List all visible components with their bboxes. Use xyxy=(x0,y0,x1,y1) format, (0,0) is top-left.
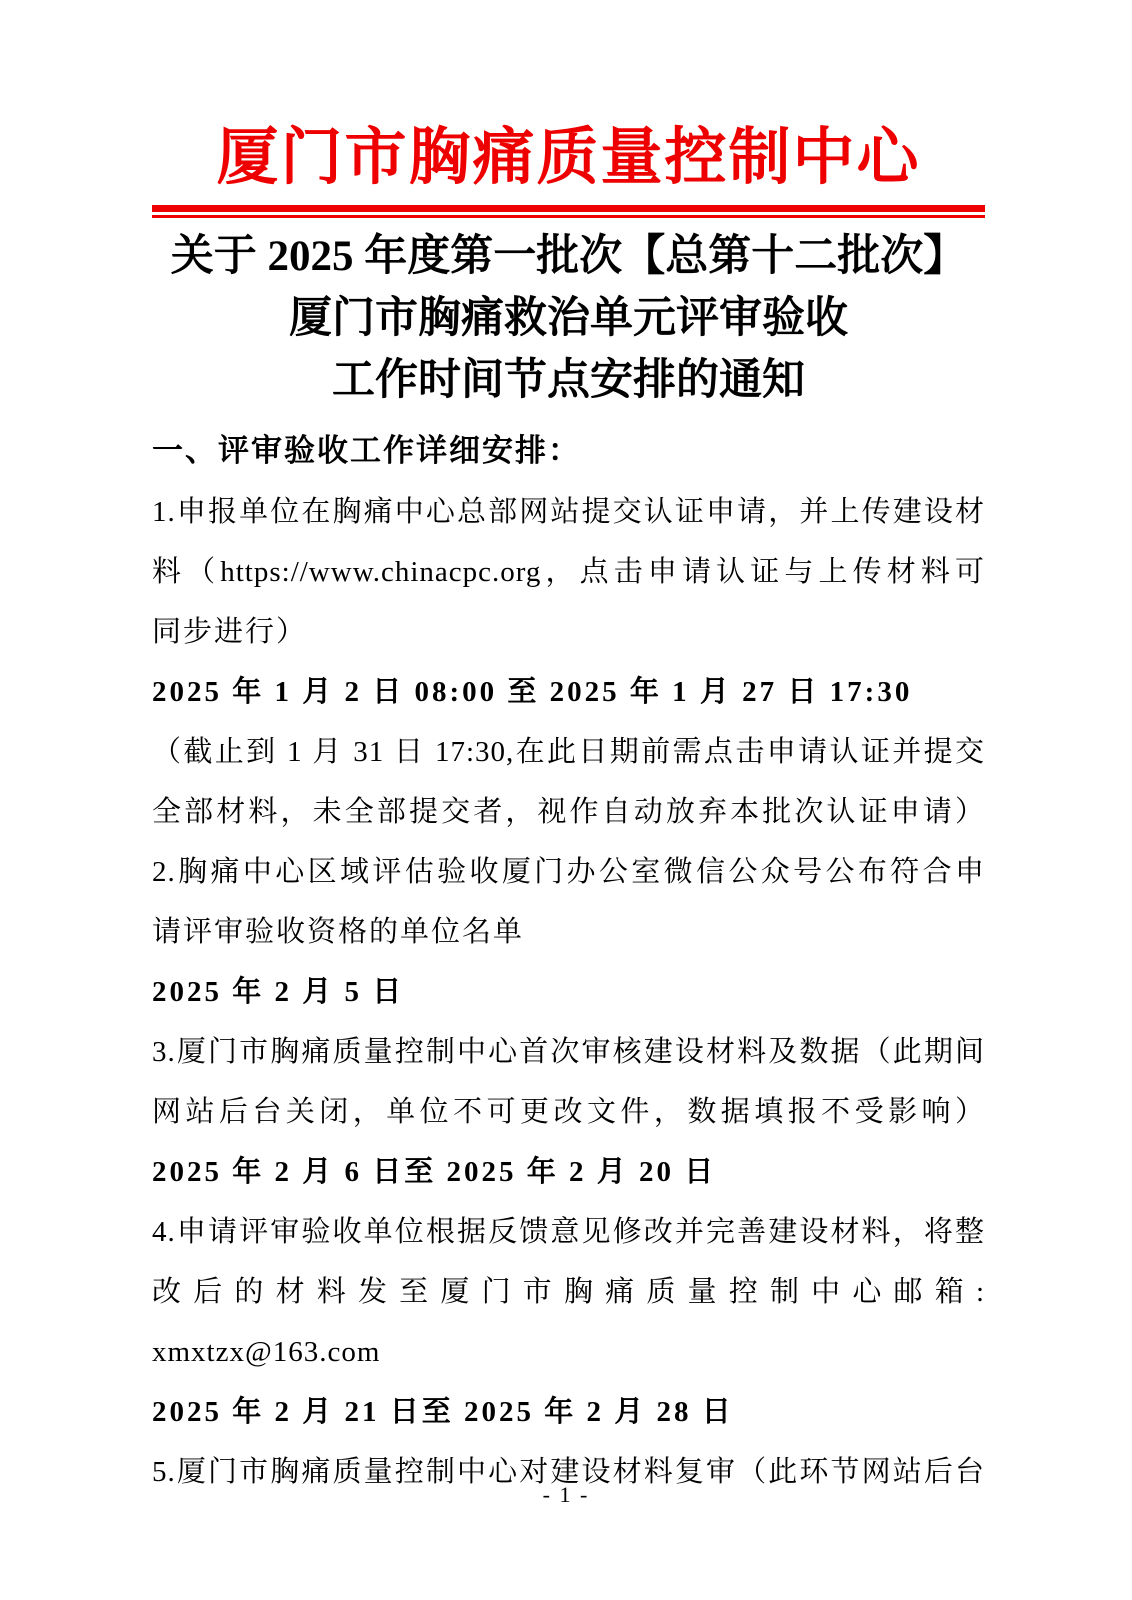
org-letterhead-title: 厦门市胸痛质量控制中心 xyxy=(152,118,985,198)
body-line: 1.申报单位在胸痛中心总部网站提交认证申请，并上传建设材 xyxy=(152,482,985,542)
body-line: 2025 年 2 月 5 日 xyxy=(152,962,985,1022)
body-line: 2025 年 1 月 2 日 08:00 至 2025 年 1 月 27 日 1… xyxy=(152,662,985,722)
doc-title-line: 厦门市胸痛救治单元评审验收 xyxy=(152,288,985,350)
body-line: 改后的材料发至厦门市胸痛质量控制中心邮箱: xmxtzx@163.com xyxy=(152,1262,985,1382)
body-line: 全部材料，未全部提交者，视作自动放弃本批次认证申请） xyxy=(152,782,985,842)
body-line: 料（https://www.chinacpc.org，点击申请认证与上传材料可 xyxy=(152,542,985,602)
body-line: 网站后台关闭，单位不可更改文件，数据填报不受影响） xyxy=(152,1082,985,1142)
body-line: 2.胸痛中心区域评估验收厦门办公室微信公众号公布符合申 xyxy=(152,842,985,902)
doc-title-line: 关于 2025 年度第一批次【总第十二批次】 xyxy=(152,226,985,288)
red-double-rule xyxy=(152,205,985,218)
document-page: 厦门市胸痛质量控制中心 关于 2025 年度第一批次【总第十二批次】厦门市胸痛救… xyxy=(0,0,1132,1600)
body-text: 1.申报单位在胸痛中心总部网站提交认证申请，并上传建设材料（https://ww… xyxy=(152,482,985,1502)
body-line: 同步进行） xyxy=(152,602,985,662)
doc-title-line: 工作时间节点安排的通知 xyxy=(152,350,985,412)
body-line: 2025 年 2 月 21 日至 2025 年 2 月 28 日 xyxy=(152,1382,985,1442)
body-line: （截止到 1 月 31 日 17:30,在此日期前需点击申请认证并提交 xyxy=(152,722,985,782)
body-line: 请评审验收资格的单位名单 xyxy=(152,902,985,962)
doc-title: 关于 2025 年度第一批次【总第十二批次】厦门市胸痛救治单元评审验收工作时间节… xyxy=(152,226,985,412)
section-heading: 一、评审验收工作详细安排： xyxy=(152,428,985,474)
page-number: - 1 - xyxy=(0,1482,1132,1508)
body-line: 2025 年 2 月 6 日至 2025 年 2 月 20 日 xyxy=(152,1142,985,1202)
body-line: 4.申请评审验收单位根据反馈意见修改并完善建设材料，将整 xyxy=(152,1202,985,1262)
body-line: 3.厦门市胸痛质量控制中心首次审核建设材料及数据（此期间 xyxy=(152,1022,985,1082)
